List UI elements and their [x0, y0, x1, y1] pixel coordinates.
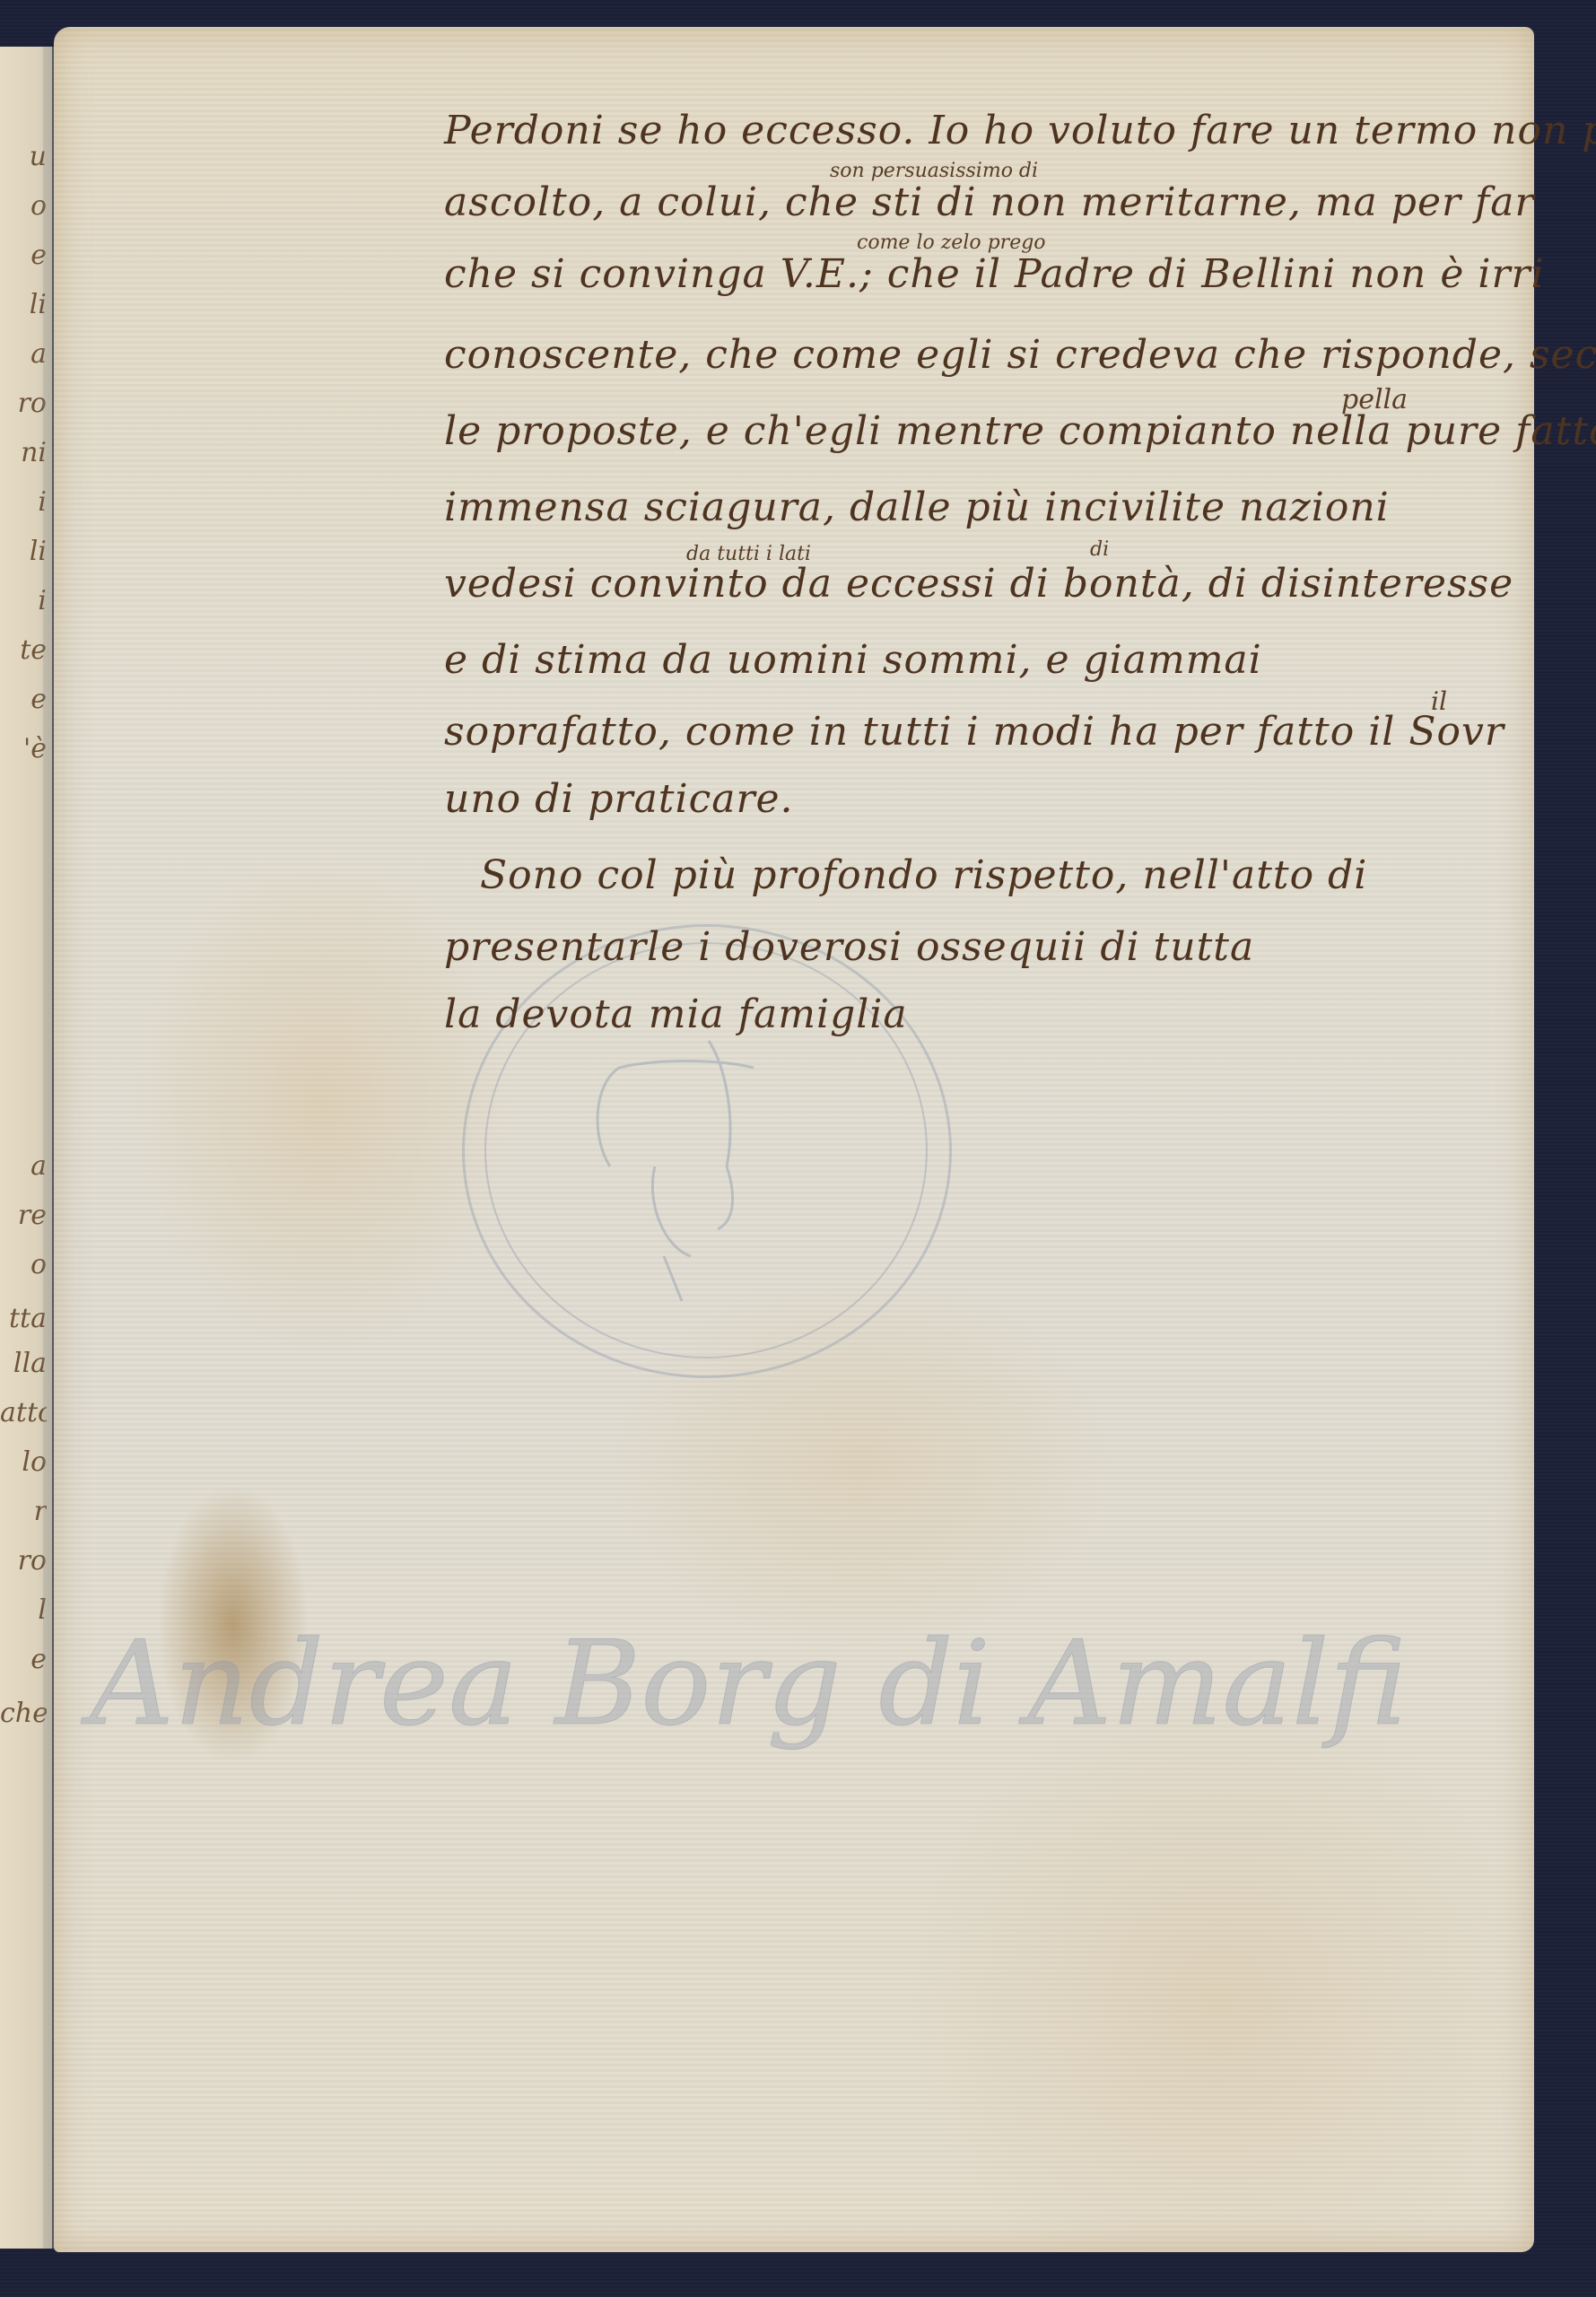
- closing-line: presentarle i doverosi ossequii di tutta: [444, 924, 1254, 970]
- fragment: i: [0, 486, 47, 518]
- letter-line: conoscente, che come egli si credeva che…: [444, 332, 1596, 378]
- fragment: 'è: [0, 733, 47, 764]
- fragment: re: [0, 1200, 47, 1231]
- fragment: ro: [0, 1545, 47, 1576]
- fragment: i: [0, 585, 47, 616]
- letter-line: soprafatto, come in tutti i modi ha per …: [444, 709, 1504, 755]
- fragment: e: [0, 684, 47, 715]
- fragment: che: [0, 1698, 47, 1729]
- letter-line: vedesi convinto da eccessi di bontà, di …: [444, 561, 1513, 607]
- letter-line: le proposte, e ch'egli mentre compianto …: [444, 408, 1596, 454]
- fragment: o: [0, 1249, 47, 1280]
- fragment: o: [0, 190, 47, 222]
- fragment: a: [0, 1150, 47, 1182]
- letter-line: Perdoni se ho eccesso. Io ho voluto fare…: [444, 108, 1596, 153]
- fragment: ni: [0, 437, 47, 468]
- fragment: tta: [0, 1303, 47, 1334]
- fragment: li: [0, 289, 47, 320]
- watermark-signature: Andrea Borg di Amalfi: [90, 1615, 1407, 1751]
- fragment: e: [0, 1644, 47, 1675]
- fragment: lo: [0, 1446, 47, 1478]
- interlinear-insertion: di: [1090, 538, 1109, 561]
- fragment: ro: [0, 388, 47, 419]
- closing-line: la devota mia famiglia: [444, 991, 908, 1037]
- letter-line: uno di praticare.: [444, 776, 794, 822]
- letter-line: immensa sciagura, dalle più incivilite n…: [444, 485, 1390, 530]
- fragment: r: [0, 1496, 47, 1527]
- fragment: li: [0, 536, 47, 567]
- fragment: e: [0, 240, 47, 271]
- fragment: atto: [0, 1397, 47, 1428]
- fragment: a: [0, 338, 47, 370]
- manuscript-page: Andrea Borg di Amalfi Perdoni se ho ecce…: [54, 27, 1534, 2252]
- fragment: te: [0, 634, 47, 666]
- fragment: l: [0, 1594, 47, 1626]
- letter-line: che si convinga V.E.; che il Padre di Be…: [444, 251, 1545, 297]
- letter-line: e di stima da uomini sommi, e giammai: [444, 637, 1262, 683]
- fragment: u: [0, 141, 47, 172]
- closing-line: Sono col più profondo rispetto, nell'att…: [480, 852, 1367, 898]
- letter-line: ascolto, a colui, che sti di non meritar…: [444, 179, 1535, 225]
- fragment: lla: [0, 1348, 47, 1379]
